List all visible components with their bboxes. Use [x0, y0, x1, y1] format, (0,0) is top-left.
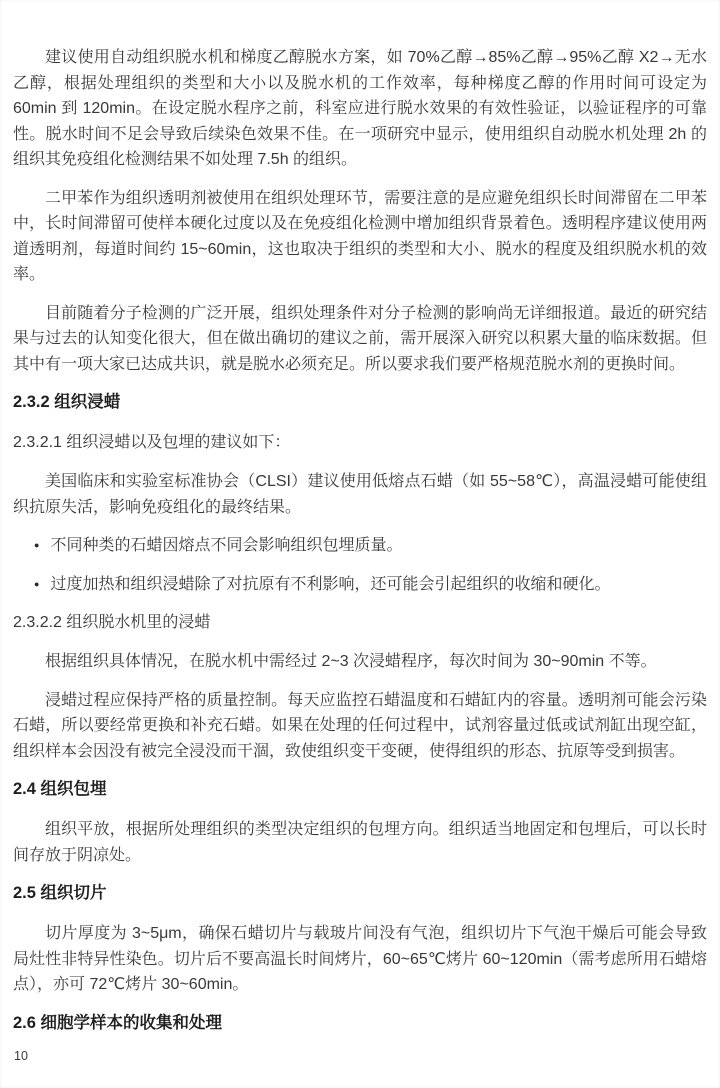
subsection-heading: 2.3.2.2 组织脱水机里的浸蜡	[13, 610, 707, 635]
section-heading: 2.5 组织切片	[13, 881, 707, 906]
bullet-item-label: 过度加热和组织浸蜡除了对抗原有不利影响，还可能会引起组织的收缩和硬化。	[50, 572, 707, 598]
page-number: 10	[14, 1049, 28, 1063]
paragraph: 二甲苯作为组织透明剂被使用在组织处理环节，需要注意的是应避免组织长时间滞留在二甲…	[13, 186, 707, 288]
bullet-item-label: 不同种类的石蜡因熔点不同会影响组织包埋质量。	[50, 533, 707, 559]
bullet-item: ●过度加热和组织浸蜡除了对抗原有不利影响，还可能会引起组织的收缩和硬化。	[13, 572, 707, 598]
section-heading: 2.4 组织包埋	[13, 777, 707, 802]
document-body: 建议使用自动组织脱水机和梯度乙醇脱水方案，如 70%乙醇→85%乙醇→95%乙醇…	[0, 0, 720, 1036]
document-page: 建议使用自动组织脱水机和梯度乙醇脱水方案，如 70%乙醇→85%乙醇→95%乙醇…	[0, 0, 720, 1088]
bullet-dot-icon: ●	[34, 533, 39, 559]
bullet-item: ●不同种类的石蜡因熔点不同会影响组织包埋质量。	[13, 533, 707, 559]
paragraph: 根据组织具体情况，在脱水机中需经过 2~3 次浸蜡程序，每次时间为 30~90m…	[13, 649, 707, 675]
paragraph: 组织平放，根据所处理组织的类型决定组织的包埋方向。组织适当地固定和包埋后，可以长…	[13, 817, 707, 868]
paragraph: 美国临床和实验室标准协会（CLSI）建议使用低熔点石蜡（如 55~58℃），高温…	[13, 469, 707, 520]
paragraph: 目前随着分子检测的广泛开展，组织处理条件对分子检测的影响尚无详细报道。最近的研究…	[13, 301, 707, 378]
section-heading: 2.3.2 组织浸蜡	[13, 390, 707, 415]
paragraph: 浸蜡过程应保持严格的质量控制。每天应监控石蜡温度和石蜡缸内的容量。透明剂可能会污…	[13, 688, 707, 765]
bullet-dot-icon: ●	[34, 572, 39, 598]
paragraph: 切片厚度为 3~5μm，确保石蜡切片与载玻片间没有气泡，组织切片下气泡干燥后可能…	[13, 921, 707, 998]
subsection-heading: 2.3.2.1 组织浸蜡以及包埋的建议如下：	[13, 430, 707, 455]
section-heading: 2.6 细胞学样本的收集和处理	[13, 1011, 707, 1036]
paragraph: 建议使用自动组织脱水机和梯度乙醇脱水方案，如 70%乙醇→85%乙醇→95%乙醇…	[13, 45, 707, 173]
